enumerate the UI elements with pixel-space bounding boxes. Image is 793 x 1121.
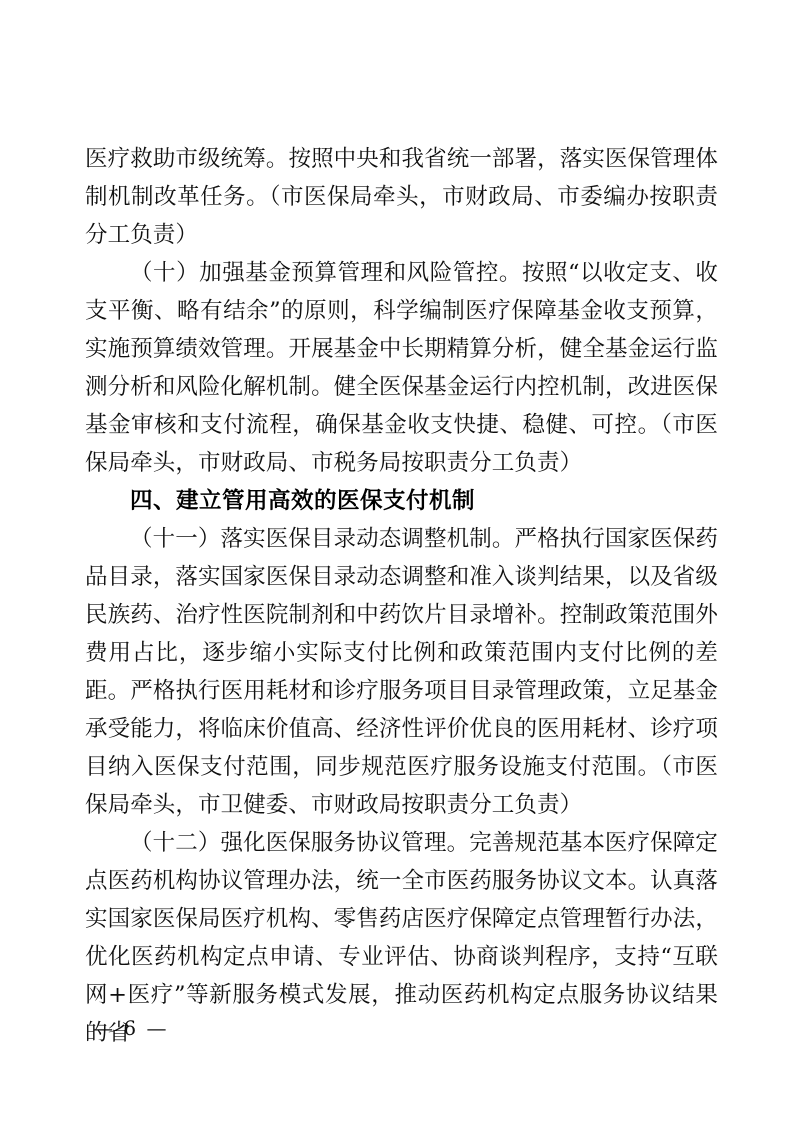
section-heading-4: 四、建立管用高效的医保支付机制 <box>85 482 718 520</box>
paragraph-item-12: （十二）强化医保服务协议管理。完善规范基本医疗保障定点医药机构协议管理办法，统一… <box>85 824 718 1052</box>
paragraph-item-11: （十一）落实医保目录动态调整机制。严格执行国家医保药品目录，落实国家医保目录动态… <box>85 520 718 824</box>
document-body: 医疗救助市级统筹。按照中央和我省统一部署，落实医保管理体制机制改革任务。（市医保… <box>85 140 718 1052</box>
page-number: — 6 — <box>93 1015 168 1041</box>
document-page: 医疗救助市级统筹。按照中央和我省统一部署，落实医保管理体制机制改革任务。（市医保… <box>0 0 793 1121</box>
paragraph-item-10: （十）加强基金预算管理和风险管控。按照“以收定支、收支平衡、略有结余”的原则，科… <box>85 254 718 482</box>
paragraph-continuation: 医疗救助市级统筹。按照中央和我省统一部署，落实医保管理体制机制改革任务。（市医保… <box>85 140 718 254</box>
